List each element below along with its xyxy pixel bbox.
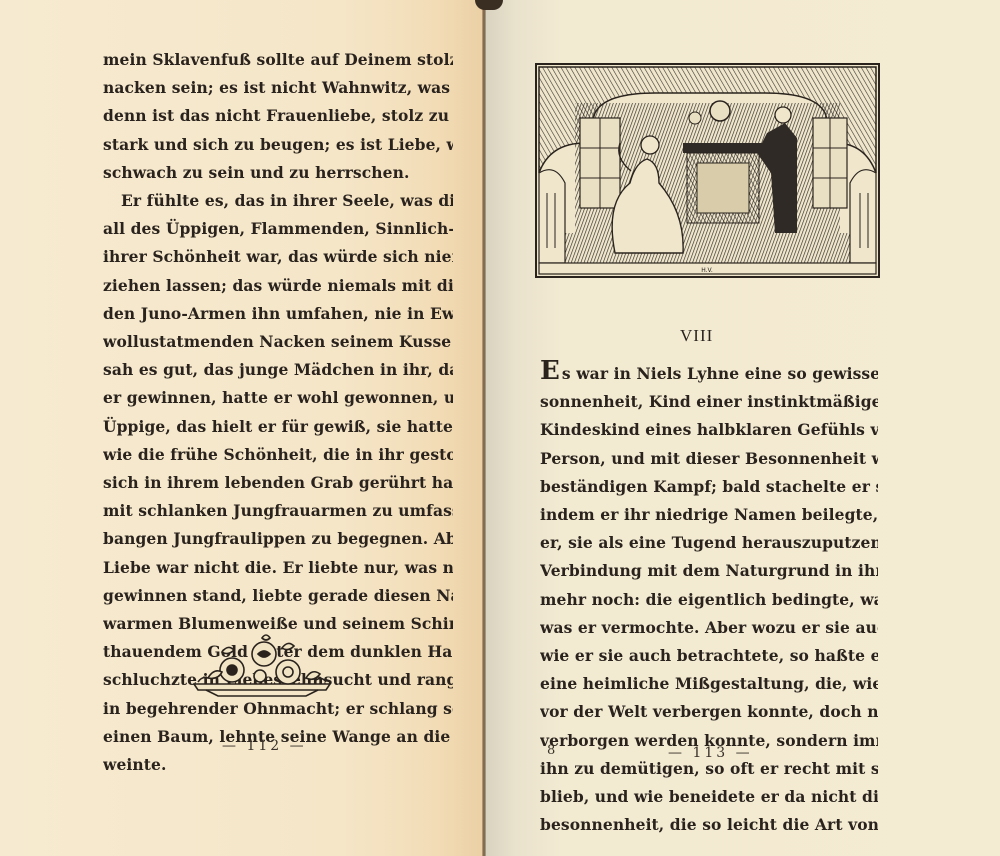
page-number-left: — 112 — — [222, 738, 307, 754]
text-line: wie die frühe Schönheit, die in ihr gest… — [103, 441, 453, 469]
text-line: sah es gut, das junge Mädchen in ihr, da… — [103, 356, 453, 384]
text-line: nacken sein; es ist nicht Wahnwitz, was … — [103, 74, 453, 102]
parlour-scene-illustration: H.V. — [535, 63, 880, 278]
text-line: Üppige, das hielt er für gewiß, sie hatt… — [103, 413, 453, 441]
text-line: weinte. — [103, 751, 453, 779]
text-line: Er fühlte es, das in ihrer Seele, was di… — [103, 187, 453, 215]
text-line: ihrer Schönheit war, das würde sich niem… — [103, 243, 453, 271]
text-line: was er vermochte. Aber wozu er sie auch … — [540, 614, 878, 642]
text-line: wollustatmenden Nacken seinem Kusse hing… — [103, 328, 453, 356]
text-line: sonnenheit, Kind einer instinktmäßigen U… — [540, 388, 878, 416]
drop-cap: E — [540, 360, 560, 386]
book-spine — [482, 0, 486, 856]
chapter-heading: VIII — [680, 326, 713, 346]
right-page-text: Es war in Niels Lyhne eine so gewisse la… — [540, 360, 878, 839]
text-line: gewinnen stand, liebte gerade diesen Nac… — [103, 582, 453, 610]
text-line: beständigen Kampf; bald stachelte er sic… — [540, 473, 878, 501]
text-line: denn ist das nicht Frauenliebe, stolz zu… — [103, 102, 453, 130]
text-line: wie er sie auch betrachtete, so haßte er… — [540, 642, 878, 670]
text-line: mit schlanken Jungfrauarmen zu umfassen,… — [103, 497, 453, 525]
rose-basket-ornament-icon — [188, 632, 336, 702]
text-line: stark und sich zu beugen; es ist Liebe, … — [103, 131, 453, 159]
text-line: Person, und mit dieser Besonnenheit war … — [540, 445, 878, 473]
text-line: ziehen lassen; das würde niemals mit die… — [103, 272, 453, 300]
page-number-right: — 113 — — [668, 745, 753, 761]
illustration-monogram: H.V. — [701, 267, 713, 274]
text-line: den Juno-Armen ihn umfahen, nie in Ewigk… — [103, 300, 453, 328]
text-line: Verbindung mit dem Naturgrund in ihm sta… — [540, 557, 878, 585]
signature-mark: 8 — [547, 743, 555, 758]
text-line: mein Sklavenfuß sollte auf Deinem stolze… — [103, 46, 453, 74]
text-line: indem er ihr niedrige Namen beilegte, ba… — [540, 501, 878, 529]
text-line: vor der Welt verbergen konnte, doch nie … — [540, 698, 878, 726]
text-line: schwach zu sein und zu herrschen. — [103, 159, 453, 187]
text-line: blieb, und wie beneidete er da nicht die… — [540, 783, 878, 811]
text-line: bangen Jungfraulippen zu begegnen. Aber … — [103, 525, 453, 553]
text-line: eine heimliche Mißgestaltung, die, wie g… — [540, 670, 878, 698]
text-line: sich in ihrem lebenden Grab gerührt hatt… — [103, 469, 453, 497]
text-line: all des Üppigen, Flammenden, Sinnlich-We… — [103, 215, 453, 243]
text-line: Kindeskind eines halbklaren Gefühls von … — [540, 416, 878, 444]
text-line-first: Es war in Niels Lyhne eine so gewisse la… — [540, 360, 878, 388]
text-line: er, sie als eine Tugend herauszuputzen, … — [540, 529, 878, 557]
text-line: mehr noch: die eigentlich bedingte, was … — [540, 586, 878, 614]
text-line: besonnenheit, die so leicht die Art von … — [540, 811, 878, 839]
text-line: Liebe war nicht die. Er liebte nur, was … — [103, 554, 453, 582]
text-line: er gewinnen, hatte er wohl gewonnen, und… — [103, 384, 453, 412]
